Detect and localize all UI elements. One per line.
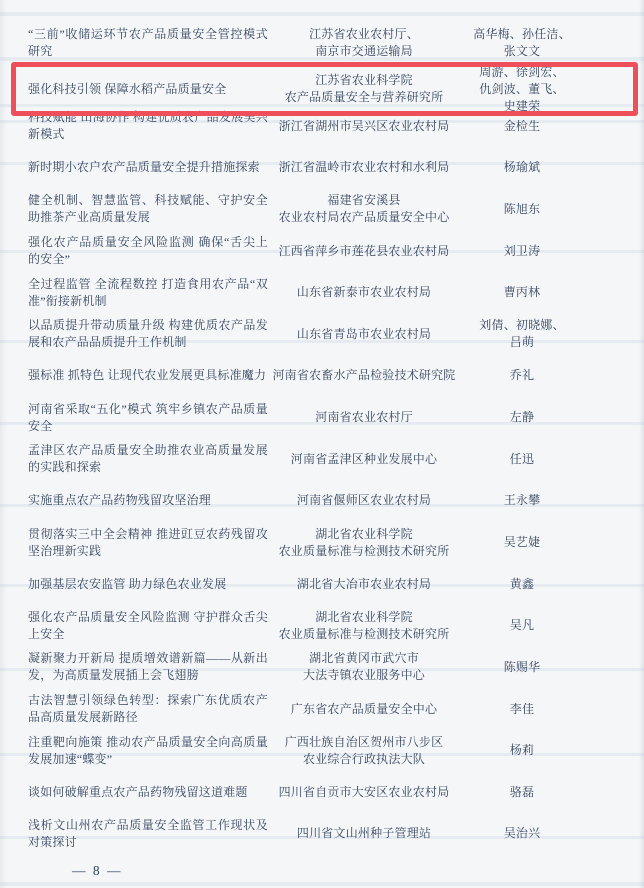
row-names: 高华梅、孙任洁、 张文文	[460, 26, 584, 60]
row-organization: 湖北省农业科学院 农业质量标准与检测技术研究所	[271, 609, 457, 643]
row-organization: 江西省萍乡市莲花县农业农村局	[271, 243, 457, 260]
row-title: 凝新聚力开新局 提质增效谱新篇——从新出发，为高质量发展插上会飞翅膀	[28, 650, 268, 684]
table-row: 贯彻落实三中全会精神 推进豇豆农药残留攻坚治理新实践 湖北省农业科学院 农业质量…	[0, 522, 644, 564]
row-title: 注重靶向施策 推动农产品质量安全向高质量发展加速“蝶变”	[28, 734, 268, 768]
table-row: 全过程监管 全流程数控 打造食用农产品“双准”衔接新机制 山东省新泰市农业农村局…	[0, 272, 644, 314]
row-title: 强化农产品质量安全风险监测 确保“舌尖上的安全”	[28, 234, 268, 268]
row-title: 以品质提升带动质量升级 构建优质农产品发展和农产品品质提升工作机制	[28, 317, 268, 351]
row-title: 加强基层农安监管 助力绿色农业发展	[28, 576, 268, 593]
table-row: 河南省采取“五化”模式 筑牢乡镇农产品质量安全 河南省农业农村厅 左静	[0, 397, 644, 439]
row-organization: 浙江省温岭市农业农村和水利局	[271, 159, 457, 176]
table-row: 强化农产品质量安全风险监测 守护群众舌尖上安全 湖北省农业科学院 农业质量标准与…	[0, 605, 644, 647]
row-title: 实施重点农产品药物残留攻坚治理	[28, 492, 268, 509]
row-names: 吴治兴	[460, 825, 584, 842]
page-number: — 8 —	[72, 863, 123, 879]
table-row: 古法智慧引领绿色转型：探索广东优质农产品高质量发展新路径 广东省农产品质量安全中…	[0, 688, 644, 730]
row-title: 河南省采取“五化”模式 筑牢乡镇农产品质量安全	[28, 401, 268, 435]
table-row: 以品质提升带动质量升级 构建优质农产品发展和农产品品质提升工作机制 山东省青岛市…	[0, 313, 644, 355]
row-organization: 广东省农产品质量安全中心	[271, 701, 457, 718]
table-row: 强标准 抓特色 让现代农业发展更具标准魔力 河南省农畜水产品检验技术研究院 乔礼	[0, 355, 644, 397]
table-row: 谈如何破解重点农产品药物残留这道难题 四川省自贡市大安区农业农村局 骆磊	[0, 772, 644, 814]
row-names: 刘卫涛	[460, 243, 584, 260]
row-names: 吴凡	[460, 617, 584, 634]
table-row: 科技赋能 山海协作 构建优质农产品发展吴兴新模式 浙江省湖州市吴兴区农业农村局 …	[0, 105, 644, 147]
table-row: 浅析文山州农产品质量安全监管工作现状及对策探讨 四川省文山州种子管理站 吴治兴	[0, 813, 644, 855]
row-title: 强化科技引领 保障水稻产品质量安全	[28, 81, 268, 98]
row-names: 曹丙林	[460, 284, 584, 301]
awards-table: “三前”收储运环节农产品质量安全管控模式研究 江苏省农业农村厅、 南京市交通运输…	[0, 22, 644, 855]
row-organization: 山东省青岛市农业农村局	[271, 326, 457, 343]
scan-streak	[0, 12, 644, 16]
row-title: 强标准 抓特色 让现代农业发展更具标准魔力	[28, 367, 268, 384]
table-row: 强化科技引领 保障水稻产品质量安全 江苏省农业科学院 农产品质量安全与营养研究所…	[0, 64, 644, 106]
row-organization: 湖北省大冶市农业农村局	[271, 576, 457, 593]
row-title: 新时期小农户农产品质量安全提升措施探索	[28, 159, 268, 176]
table-row: 实施重点农产品药物残留攻坚治理 河南省偃师区农业农村局 王永攀	[0, 480, 644, 522]
row-organization: 四川省文山州种子管理站	[271, 825, 457, 842]
row-names: 陈赐华	[460, 659, 584, 676]
row-title: 古法智慧引领绿色转型：探索广东优质农产品高质量发展新路径	[28, 692, 268, 726]
row-names: 吴艺婕	[460, 534, 584, 551]
row-title: 浅析文山州农产品质量安全监管工作现状及对策探讨	[28, 817, 268, 851]
row-title: 谈如何破解重点农产品药物残留这道难题	[28, 784, 268, 801]
row-organization: 江苏省农业农村厅、 南京市交通运输局	[271, 26, 457, 60]
table-row: 孟津区农产品质量安全助推农业高质量发展的实践和探索 河南省孟津区种业发展中心 任…	[0, 438, 644, 480]
row-names: 骆磊	[460, 784, 584, 801]
table-row: 新时期小农户农产品质量安全提升措施探索 浙江省温岭市农业农村和水利局 杨瑜斌	[0, 147, 644, 189]
row-names: 杨莉	[460, 742, 584, 759]
row-organization: 湖北省黄冈市武穴市 大法寺镇农业服务中心	[271, 650, 457, 684]
row-title: “三前”收储运环节农产品质量安全管控模式研究	[28, 26, 268, 60]
row-organization: 河南省农畜水产品检验技术研究院	[271, 367, 457, 384]
row-organization: 四川省自贡市大安区农业农村局	[271, 784, 457, 801]
table-row: 凝新聚力开新局 提质增效谱新篇——从新出发，为高质量发展插上会飞翅膀 湖北省黄冈…	[0, 647, 644, 689]
row-names: 陈旭东	[460, 201, 584, 218]
table-row: 注重靶向施策 推动农产品质量安全向高质量发展加速“蝶变” 广西壮族自治区贺州市八…	[0, 730, 644, 772]
row-title: 健全机制、智慧监管、科技赋能、守护安全 助推茶产业高质量发展	[28, 192, 268, 226]
row-names: 王永攀	[460, 492, 584, 509]
table-row: “三前”收储运环节农产品质量安全管控模式研究 江苏省农业农村厅、 南京市交通运输…	[0, 22, 644, 64]
row-organization: 河南省孟津区种业发展中心	[271, 451, 457, 468]
scanned-page: “三前”收储运环节农产品质量安全管控模式研究 江苏省农业农村厅、 南京市交通运输…	[0, 0, 644, 888]
row-title: 贯彻落实三中全会精神 推进豇豆农药残留攻坚治理新实践	[28, 526, 268, 560]
row-organization: 广西壮族自治区贺州市八步区 农业综合行政执法大队	[271, 734, 457, 768]
row-organization: 湖北省农业科学院 农业质量标准与检测技术研究所	[271, 526, 457, 560]
row-names: 左静	[460, 409, 584, 426]
row-organization: 江苏省农业科学院 农产品质量安全与营养研究所	[271, 72, 457, 106]
row-organization: 福建省安溪县 农业农村局农产品质量安全中心	[271, 192, 457, 226]
row-names: 黄鑫	[460, 576, 584, 593]
row-names: 金检生	[460, 118, 584, 135]
row-organization: 山东省新泰市农业农村局	[271, 284, 457, 301]
scan-streak	[0, 882, 644, 886]
table-row: 健全机制、智慧监管、科技赋能、守护安全 助推茶产业高质量发展 福建省安溪县 农业…	[0, 189, 644, 231]
table-row: 加强基层农安监管 助力绿色农业发展 湖北省大冶市农业农村局 黄鑫	[0, 563, 644, 605]
row-names: 任迅	[460, 451, 584, 468]
row-title: 强化农产品质量安全风险监测 守护群众舌尖上安全	[28, 609, 268, 643]
row-names: 刘倩、初晓娜、 吕萌	[460, 317, 584, 351]
row-title: 科技赋能 山海协作 构建优质农产品发展吴兴新模式	[28, 109, 268, 143]
row-organization: 河南省农业农村厅	[271, 409, 457, 426]
row-names: 杨瑜斌	[460, 159, 584, 176]
row-names: 乔礼	[460, 367, 584, 384]
row-title: 全过程监管 全流程数控 打造食用农产品“双准”衔接新机制	[28, 276, 268, 310]
table-row: 强化农产品质量安全风险监测 确保“舌尖上的安全” 江西省萍乡市莲花县农业农村局 …	[0, 230, 644, 272]
row-organization: 河南省偃师区农业农村局	[271, 492, 457, 509]
row-organization: 浙江省湖州市吴兴区农业农村局	[271, 118, 457, 135]
row-names: 李佳	[460, 701, 584, 718]
row-title: 孟津区农产品质量安全助推农业高质量发展的实践和探索	[28, 442, 268, 476]
